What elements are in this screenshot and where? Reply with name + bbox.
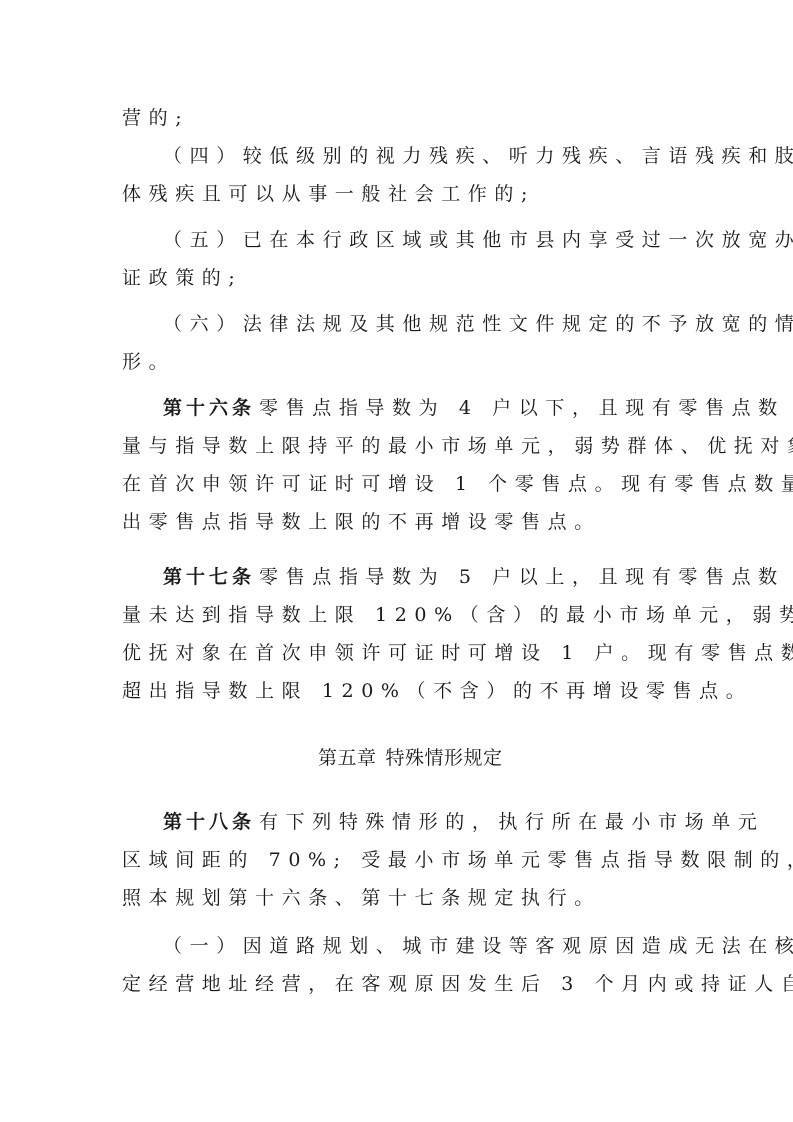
article-16-line1: 第十六条零售点指导数为 4 户以下，且现有零售点数 <box>163 394 785 422</box>
list-item-6-line2: 形。 <box>122 348 175 376</box>
article-16-line4: 出零售点指导数上限的不再增设零售点。 <box>122 508 601 536</box>
list-item-5-line1: （五）已在本行政区域或其他市县内享受过一次放宽办 <box>163 226 793 254</box>
article-18-line1: 第十八条有下列特殊情形的，执行所在最小市场单元 <box>163 808 764 836</box>
chapter-heading: 第五章特殊情形规定 <box>318 744 503 772</box>
article-18-text: 有下列特殊情形的，执行所在最小市场单元 <box>259 811 764 833</box>
article-17-line4: 超出指导数上限 120%（不含）的不再增设零售点。 <box>122 677 752 705</box>
list-item-4-line1: （四）较低级别的视力残疾、听力残疾、言语残疾和肢 <box>163 142 793 170</box>
article-16-text: 零售点指导数为 4 户以下，且现有零售点数 <box>259 397 785 419</box>
list-item-5-line2: 证政策的; <box>122 264 242 292</box>
chapter-title: 特殊情形规定 <box>386 747 503 769</box>
article-16-label: 第十六条 <box>163 397 255 419</box>
item-1-line1: （一）因道路规划、城市建设等客观原因造成无法在核 <box>163 932 793 960</box>
article-18-label: 第十八条 <box>163 811 255 833</box>
article-16-line3: 在首次申领许可证时可增设 1 个零售点。现有零售点数量超 <box>122 470 793 498</box>
item-1-line2: 定经营地址经营，在客观原因发生后 3 个月内或持证人自接 <box>122 970 793 998</box>
article-16-line2: 量与指导数上限持平的最小市场单元，弱势群体、优抚对象 <box>122 432 793 460</box>
article-17-line1: 第十七条零售点指导数为 5 户以上，且现有零售点数 <box>163 563 785 591</box>
article-17-label: 第十七条 <box>163 566 255 588</box>
article-17-line2: 量未达到指导数上限 120%（含）的最小市场单元，弱势群体、 <box>122 601 793 629</box>
list-item-6-line1: （六）法律法规及其他规范性文件规定的不予放宽的情 <box>163 310 793 338</box>
article-18-line3: 照本规划第十六条、第十七条规定执行。 <box>122 884 601 912</box>
article-17-text: 零售点指导数为 5 户以上，且现有零售点数 <box>259 566 785 588</box>
list-item-4-line2: 体残疾且可以从事一般社会工作的; <box>122 180 535 208</box>
paragraph-line: 营的; <box>122 104 189 132</box>
chapter-number: 第五章 <box>318 747 377 769</box>
article-18-line2: 区域间距的 70%; 受最小市场单元零售点指导数限制的，参 <box>122 846 793 874</box>
article-17-line3: 优抚对象在首次申领许可证时可增设 1 户。现有零售点数量 <box>122 639 793 667</box>
